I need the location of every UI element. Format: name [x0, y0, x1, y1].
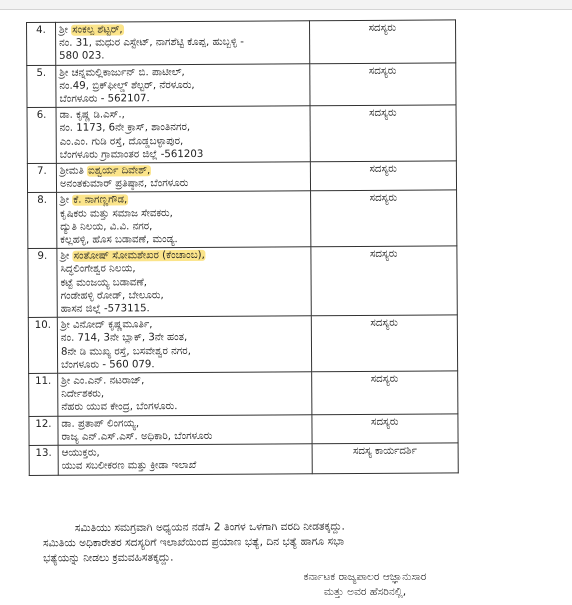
member-role: ಸದಸ್ಯರು	[311, 315, 458, 372]
member-role: ಸದಸ್ಯರು	[311, 371, 458, 415]
member-details: ಶ್ರೀ ವಿನೋದ್ ಕೃಷ್ಣಮೂರ್ತಿ,ನಂ. 714, 3ನೇ ಬ್ಲ…	[57, 316, 311, 373]
table-row: 11.ಶ್ರೀ ಎಂ.ಎನ್. ನಟರಾಜ್,ನಿರ್ದೇಶಕರು,ನೆಹರು …	[29, 371, 458, 416]
signature-block: ಕರ್ನಾಟಕ ರಾಜ್ಯಪಾಲರ ಆಜ್ಞಾನುಸಾರ ಮತ್ತು ಅವರ ಹ…	[270, 570, 460, 600]
highlighted-name: ಸಂತೋಷ್ ಸೋಮಶೇಖರ (ಕೆಂಚಾಂಬ),	[73, 250, 206, 262]
member-role: ಸದಸ್ಯರು	[309, 62, 456, 106]
address-line: ಬೆಂಗಳೂರು - 560 079.	[61, 357, 308, 372]
highlighted-name: ಐಶ್ವರ್ಯ ದಿವೇಶ್,	[87, 165, 151, 176]
name-prefix: ಶ್ರೀ	[60, 251, 72, 262]
row-number: 13.	[29, 445, 58, 475]
address-line: ನೆಹರು ಯುವ ಕೇಂದ್ರ, ಬೆಂಗಳೂರು.	[61, 400, 308, 415]
name-prefix: ಶ್ರೀ ಚನ್ನಮಲ್ಲಿಕಾರ್ಜುನ್ ಬಿ. ಪಾಟೀಲ್,	[59, 67, 185, 79]
table-row: 4.ಶ್ರೀ ಸಂಕಲ್ಪ ಶೆಟ್ಟರ್,ನಂ. 31, ಮಧುರ ಎಸ್ಟೇ…	[27, 20, 456, 65]
row-number: 12.	[29, 416, 58, 446]
member-details: ಶ್ರೀ ಸಂತೋಷ್ ಸೋಮಶೇಖರ (ಕೆಂಚಾಂಬ),ಸಿದ್ಧಲಿಂಗೇ…	[57, 247, 311, 318]
table-row: 9.ಶ್ರೀ ಸಂತೋಷ್ ಸೋಮಶೇಖರ (ಕೆಂಚಾಂಬ),ಸಿದ್ಧಲಿಂ…	[28, 246, 457, 318]
signature-line-1: ಕರ್ನಾಟಕ ರಾಜ್ಯಪಾಲರ ಆಜ್ಞಾನುಸಾರ	[270, 570, 460, 585]
member-details: ಶ್ರೀಮತಿ ಐಶ್ವರ್ಯ ದಿವೇಶ್,ಅನಂತಕುಮಾರ್ ಪ್ರತಿಷ…	[56, 162, 310, 193]
address-line: ಅನಂತಕುಮಾರ್ ಪ್ರತಿಷ್ಠಾನ, ಬೆಂಗಳೂರು	[60, 177, 307, 192]
member-role: ಸದಸ್ಯರು	[309, 20, 456, 64]
viewer-top-bar	[0, 0, 572, 10]
table-row: 10.ಶ್ರೀ ವಿನೋದ್ ಕೃಷ್ಣಮೂರ್ತಿ,ನಂ. 714, 3ನೇ …	[28, 315, 457, 373]
address-line: ಬೆಂಗಳೂರು ಗ್ರಾಮಾಂತರ ಜಿಲ್ಲೆ -561203	[60, 147, 307, 162]
signature-line-2: ಮತ್ತು ಅವರ ಹೆಸರಿನಲ್ಲಿ,	[270, 585, 460, 600]
document-page: 4.ಶ್ರೀ ಸಂಕಲ್ಪ ಶೆಟ್ಟರ್,ನಂ. 31, ಮಧುರ ಎಸ್ಟೇ…	[0, 10, 572, 605]
table-row: 13.ಆಯುಕ್ತರು,ಯುವ ಸಬಲೀಕರಣ ಮತ್ತು ಕ್ರೀಡಾ ಇಲಾ…	[29, 443, 458, 475]
member-role: ಸದಸ್ಯರು	[310, 161, 457, 191]
member-details: ಶ್ರೀ ಎಂ.ಎನ್. ನಟರಾಜ್,ನಿರ್ದೇಶಕರು,ನೆಹರು ಯುವ…	[58, 372, 312, 416]
name-prefix: ಡಾ. ಪ್ರತಾಪ್ ಲಿಂಗಯ್ಯ,	[61, 418, 139, 429]
name-prefix: ಆಯುಕ್ತರು,	[62, 448, 100, 459]
member-role: ಸದಸ್ಯರು	[310, 105, 457, 162]
address-line: ಬೆಂಗಳೂರು - 562107.	[59, 91, 306, 106]
row-number: 4.	[27, 22, 56, 65]
row-number: 9.	[28, 249, 57, 318]
member-details: ಶ್ರೀ ಕೆ. ನಾಗಣ್ಣಗೌಡ,ಕೃಷಿಕರು ಮತ್ತು ಸಮಾಜ ಸೇ…	[56, 191, 310, 248]
committee-members-table: 4.ಶ್ರೀ ಸಂಕಲ್ಪ ಶೆಟ್ಟರ್,ನಂ. 31, ಮಧುರ ಎಸ್ಟೇ…	[26, 19, 459, 475]
name-prefix: ಶ್ರೀ	[59, 25, 71, 36]
member-role: ಸದಸ್ಯರು	[310, 246, 457, 316]
table-row: 7.ಶ್ರೀಮತಿ ಐಶ್ವರ್ಯ ದಿವೇಶ್,ಅನಂತಕುಮಾರ್ ಪ್ರತ…	[27, 161, 456, 193]
row-number: 8.	[28, 193, 57, 249]
member-details: ಶ್ರೀ ಸಂಕಲ್ಪ ಶೆಟ್ಟರ್,ನಂ. 31, ಮಧುರ ಎಸ್ಟೇಟ್…	[55, 21, 309, 65]
table-row: 8.ಶ್ರೀ ಕೆ. ನಾಗಣ್ಣಗೌಡ,ಕೃಷಿಕರು ಮತ್ತು ಸಮಾಜ …	[28, 190, 457, 248]
address-line: 580 023.	[59, 49, 306, 64]
row-number: 5.	[27, 65, 56, 108]
member-role: ಸದಸ್ಯ ಕಾರ್ಯದರ್ಶಿ	[312, 443, 459, 473]
table-row: 6.ಡಾ. ಕೃಷ್ಣ ಡಿ.ಎಸ್.,ನಂ. 1173, 6ನೇ ಕ್ರಾಸ್…	[27, 105, 456, 163]
name-prefix: ಡಾ. ಕೃಷ್ಣ ಡಿ.ಎಸ್.,	[59, 110, 124, 121]
address-line: ಹಾಸನ ಜಿಲ್ಲೆ -573115.	[61, 301, 308, 316]
member-details: ಡಾ. ಕೃಷ್ಣ ಡಿ.ಎಸ್.,ನಂ. 1173, 6ನೇ ಕ್ರಾಸ್, …	[56, 106, 310, 163]
instruction-paragraph: ಸಮಿತಿಯು ಸಮಗ್ರವಾಗಿ ಅಧ್ಯಯನ ನಡೆಸಿ 2 ತಿಂಗಳ ಒ…	[43, 519, 503, 567]
table-row: 12.ಡಾ. ಪ್ರತಾಪ್ ಲಿಂಗಯ್ಯ,ರಾಜ್ಯ ಎನ್.ಎಸ್.ಎಸ್…	[29, 414, 458, 446]
address-line: ರಾಜ್ಯ ಎನ್.ಎಸ್.ಎಸ್. ಅಧಿಕಾರಿ, ಬೆಂಗಳೂರು	[61, 429, 308, 444]
row-number: 6.	[27, 108, 56, 164]
paragraph-line-3: ಭತ್ಯೆಯನ್ನು ನೀಡಲು ಕ್ರಮವಹಿಸತಕ್ಕದ್ದು.	[43, 549, 503, 567]
member-details: ಶ್ರೀ ಚನ್ನಮಲ್ಲಿಕಾರ್ಜುನ್ ಬಿ. ಪಾಟೀಲ್,ನಂ.49,…	[56, 63, 310, 107]
name-prefix: ಶ್ರೀ ವಿನೋದ್ ಕೃಷ್ಣಮೂರ್ತಿ,	[61, 319, 153, 331]
name-prefix: ಶ್ರೀಮತಿ	[60, 166, 87, 177]
member-role: ಸದಸ್ಯರು	[310, 190, 457, 247]
address-line: ಯುವ ಸಬಲೀಕರಣ ಮತ್ತು ಕ್ರೀಡಾ ಇಲಾಖೆ	[62, 459, 309, 474]
address-line: ಕಲ್ಲಹಳ್ಳಿ, ಹೊಸ ಬಡಾವಣೆ, ಮಂಡ್ಯ.	[60, 232, 307, 247]
name-prefix: ಶ್ರೀ	[60, 195, 72, 206]
name-prefix: ಶ್ರೀ ಎಂ.ಎನ್. ನಟರಾಜ್,	[61, 375, 144, 387]
highlighted-name: ಸಂಕಲ್ಪ ಶೆಟ್ಟರ್,	[71, 24, 124, 35]
row-number: 11.	[29, 373, 58, 416]
member-details: ಡಾ. ಪ್ರತಾಪ್ ಲಿಂಗಯ್ಯ,ರಾಜ್ಯ ಎನ್.ಎಸ್.ಎಸ್. ಅ…	[58, 414, 312, 445]
row-number: 10.	[28, 318, 57, 374]
table-row: 5.ಶ್ರೀ ಚನ್ನಮಲ್ಲಿಕಾರ್ಜುನ್ ಬಿ. ಪಾಟೀಲ್,ನಂ.4…	[27, 62, 456, 107]
member-role: ಸದಸ್ಯರು	[311, 414, 458, 444]
member-details: ಆಯುಕ್ತರು,ಯುವ ಸಬಲೀಕರಣ ಮತ್ತು ಕ್ರೀಡಾ ಇಲಾಖೆ	[58, 444, 312, 475]
row-number: 7.	[27, 163, 56, 193]
highlighted-name: ಕೆ. ನಾಗಣ್ಣಗೌಡ,	[72, 195, 128, 206]
